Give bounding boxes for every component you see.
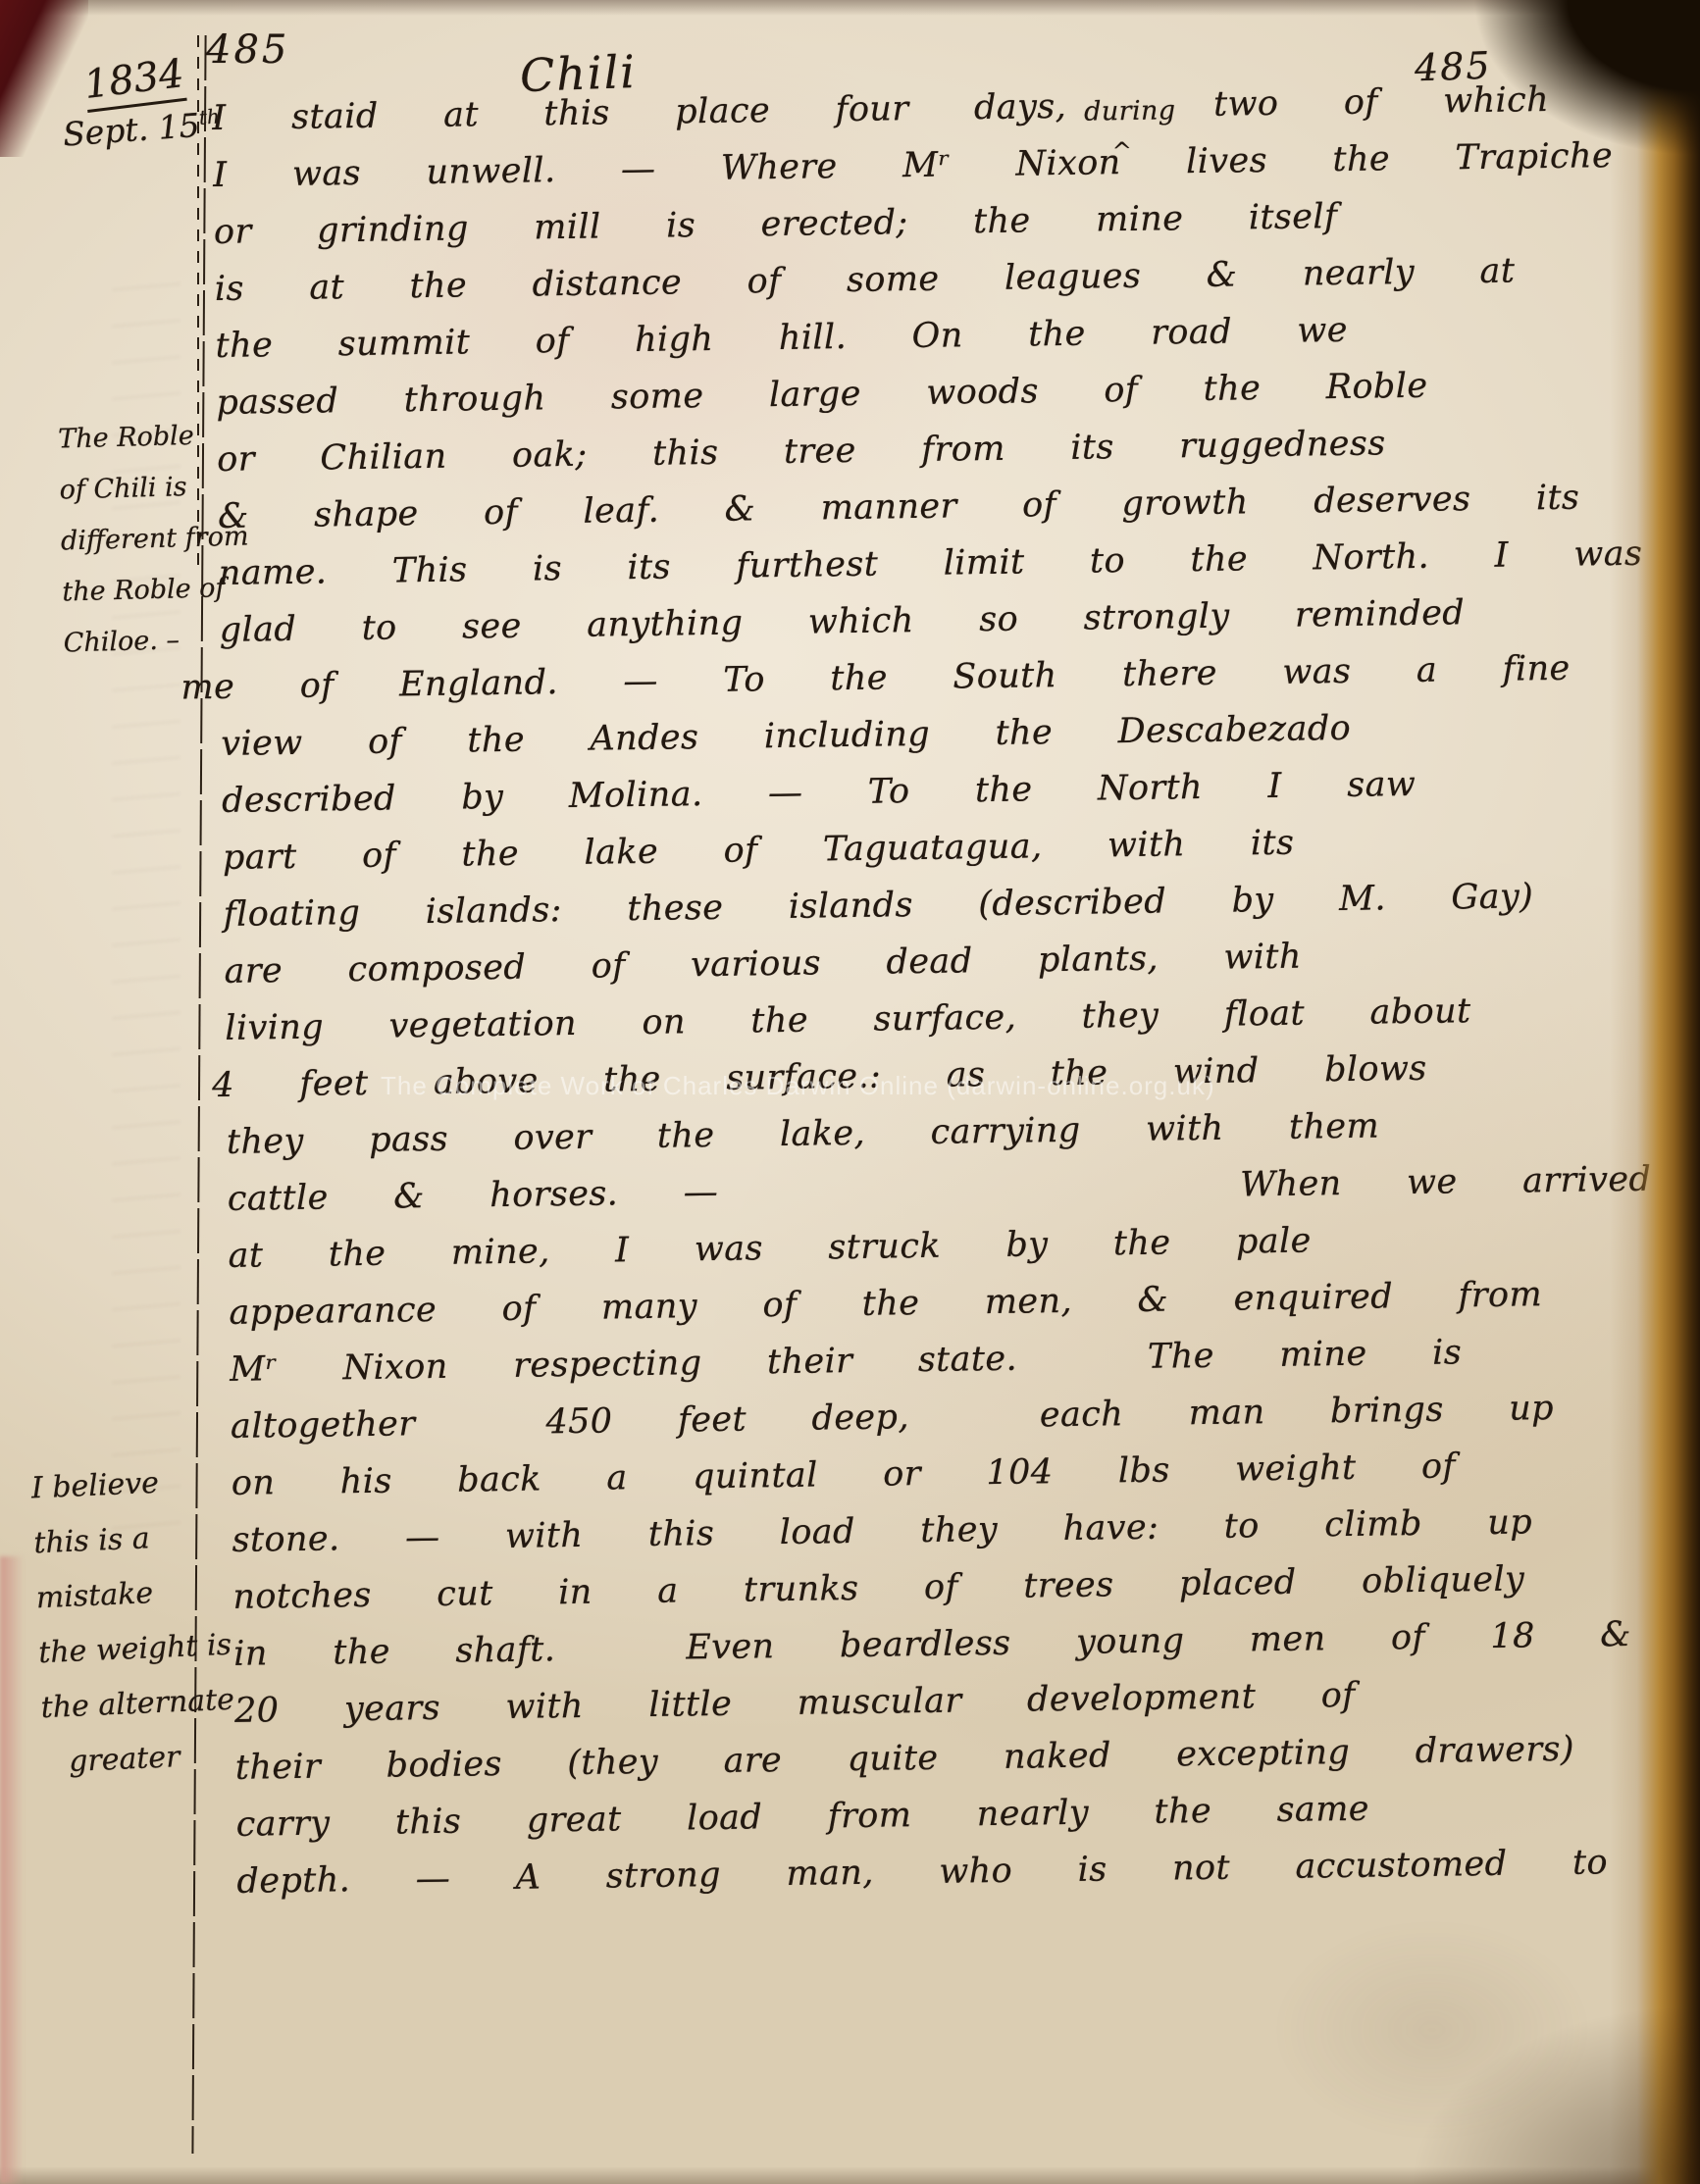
book-corner-top-right [1386,0,1700,216]
book-corner-bottom-right [1288,1929,1700,2184]
margin-note-line: mistake [35,1563,232,1627]
margin-note-line: the weight is [37,1618,233,1682]
book-edge-right [1610,0,1700,2184]
manuscript-page: 485 Chili 485 1834 Sept. 15th The Robleo… [0,0,1700,2184]
margin-note-line: this is a [32,1508,229,1572]
page-number-top-left: 485 [206,27,289,73]
manuscript-text-column: I staid at this place four days,during^t… [212,71,1658,1910]
margin-note-weight: I believethis is amistakethe weight isth… [30,1453,238,1791]
book-cover-top-left [0,0,88,157]
margin-note-line: greater [42,1728,238,1792]
margin-note-line: I believe [30,1453,227,1517]
caret-mark: ^ [1111,123,1132,179]
margin-note-line: the alternate [40,1673,236,1737]
watermark: The Complete Work of Charles Darwin Onli… [381,1071,1215,1101]
page-edge-bottom-left [0,1556,24,2184]
